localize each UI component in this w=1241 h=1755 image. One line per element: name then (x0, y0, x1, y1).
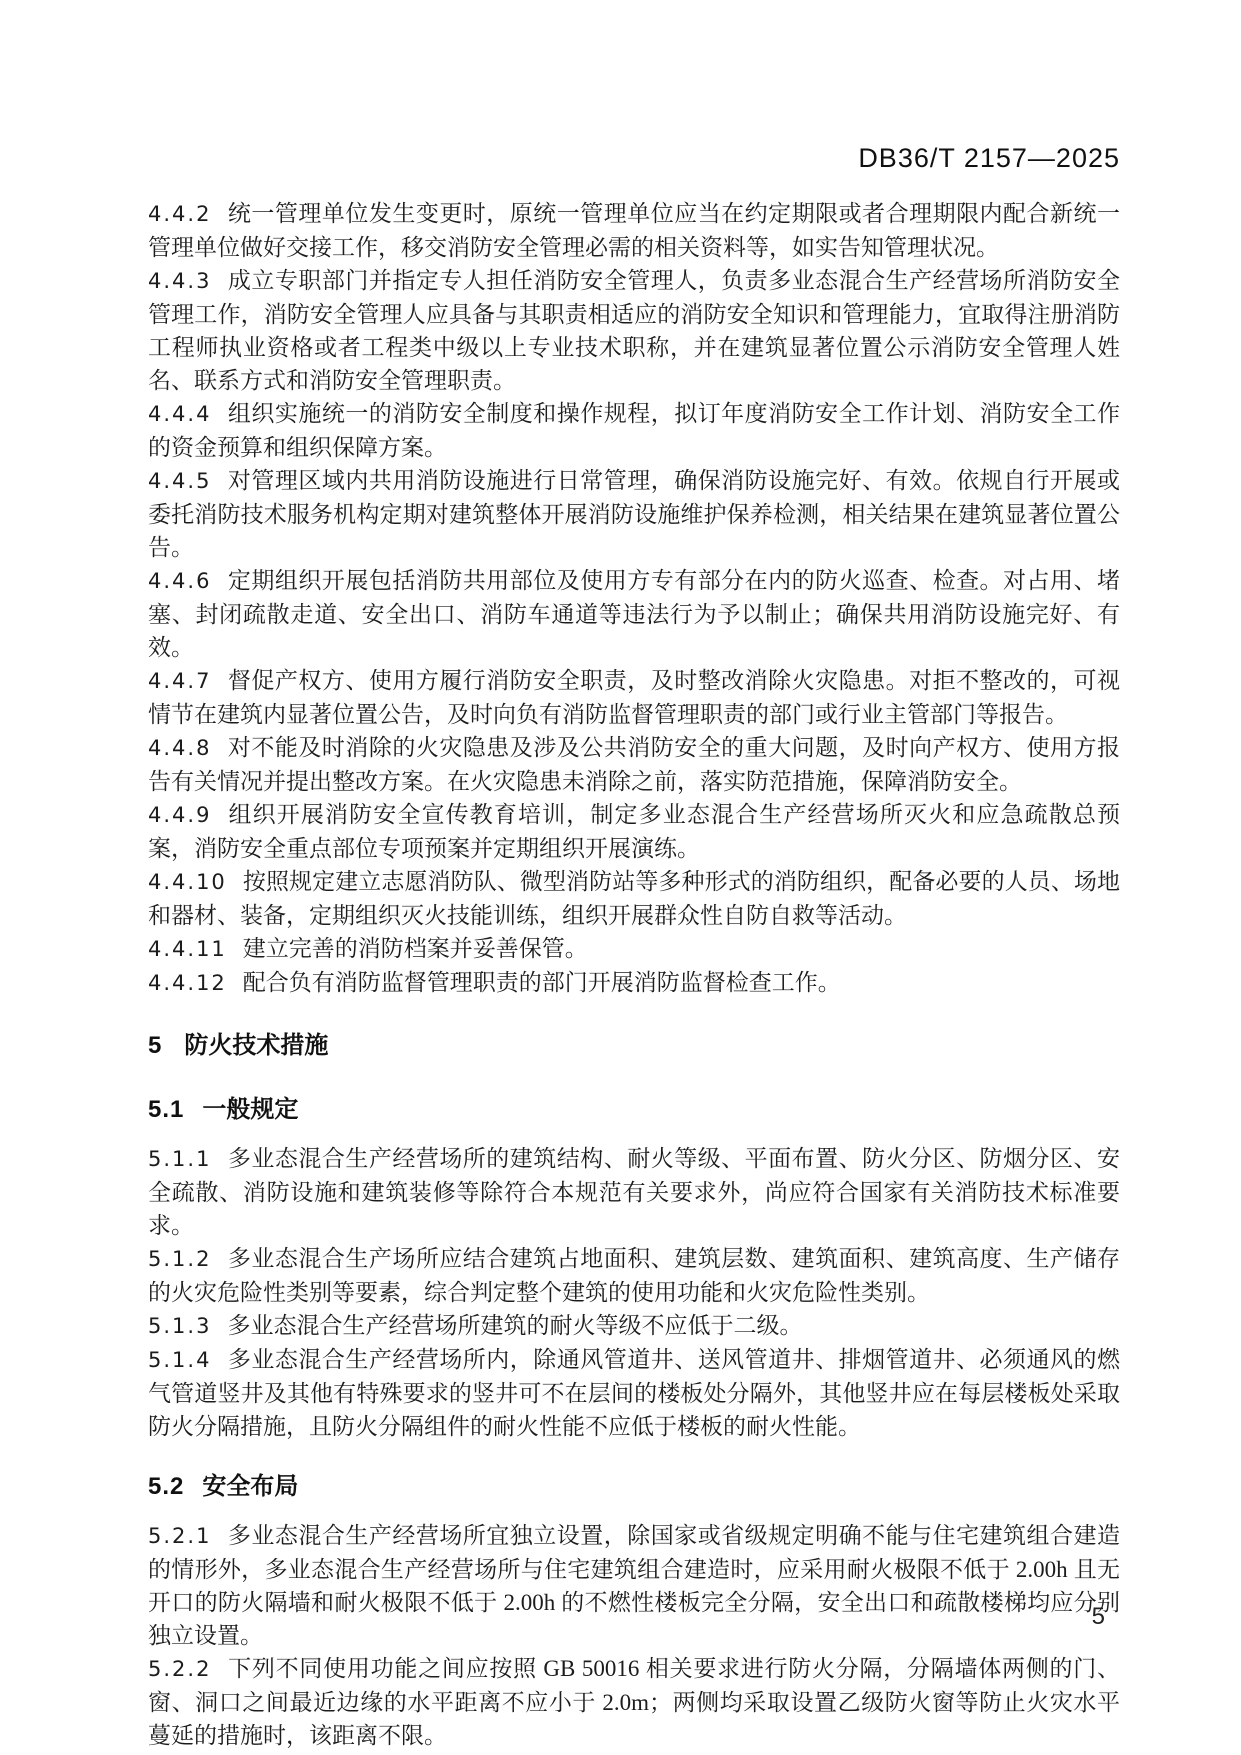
section-number: 5.2 (148, 1473, 202, 1500)
section-title: 防火技术措施 (184, 1032, 328, 1059)
clause-number: 4.4.8 (148, 736, 227, 760)
section-5-heading: 5防火技术措施 (148, 1026, 1120, 1066)
clause-number: 5.2.1 (148, 1524, 227, 1548)
clause-4-4-2: 4.4.2统一管理单位发生变更时，原统一管理单位应当在约定期限或者合理期限内配合… (148, 197, 1120, 264)
clause-4-4-7: 4.4.7督促产权方、使用方履行消防安全职责，及时整改消除火灾隐患。对拒不整改的… (148, 664, 1120, 731)
clause-number: 4.4.7 (148, 669, 227, 693)
clause-5-2-1: 5.2.1多业态混合生产经营场所宜独立设置，除国家或省级规定明确不能与住宅建筑组… (148, 1519, 1120, 1652)
clause-text: 多业态混合生产经营场所的建筑结构、耐火等级、平面布置、防火分区、防烟分区、安全疏… (148, 1146, 1120, 1238)
section-5-2-heading: 5.2安全布局 (148, 1467, 1120, 1507)
clause-number: 5.1.2 (148, 1247, 227, 1271)
document-page: DB36/T 2157—2025 4.4.2统一管理单位发生变更时，原统一管理单… (0, 0, 1241, 1755)
section-number: 5 (148, 1032, 184, 1059)
clause-number: 4.4.12 (148, 971, 243, 995)
section-title: 安全布局 (202, 1473, 298, 1500)
section-number: 5.1 (148, 1096, 202, 1123)
clause-5-1-3: 5.1.3多业态混合生产经营场所建筑的耐火等级不应低于二级。 (148, 1309, 1120, 1343)
clause-text: 按照规定建立志愿消防队、微型消防站等多种形式的消防组织，配备必要的人员、场地和器… (148, 869, 1120, 928)
section-title: 一般规定 (202, 1096, 298, 1123)
clause-number: 4.4.11 (148, 937, 243, 961)
clause-5-2-2: 5.2.2下列不同使用功能之间应按照 GB 50016 相关要求进行防火分隔，分… (148, 1652, 1120, 1752)
clause-text: 多业态混合生产经营场所建筑的耐火等级不应低于二级。 (227, 1313, 802, 1338)
document-body: 4.4.2统一管理单位发生变更时，原统一管理单位应当在约定期限或者合理期限内配合… (148, 197, 1120, 1752)
clause-number: 5.1.1 (148, 1147, 227, 1171)
clause-text: 多业态混合生产场所应结合建筑占地面积、建筑层数、建筑面积、建筑高度、生产储存的火… (148, 1246, 1120, 1305)
clause-text: 建立完善的消防档案并妥善保管。 (243, 936, 588, 961)
clause-text: 统一管理单位发生变更时，原统一管理单位应当在约定期限或者合理期限内配合新统一管理… (148, 201, 1120, 260)
clause-number: 4.4.6 (148, 569, 227, 593)
clause-4-4-6: 4.4.6定期组织开展包括消防共用部位及使用方专有部分在内的防火巡查、检查。对占… (148, 564, 1120, 664)
document-code-header: DB36/T 2157—2025 (148, 143, 1120, 174)
clause-number: 4.4.3 (148, 269, 227, 293)
clause-text: 成立专职部门并指定专人担任消防安全管理人，负责多业态混合生产经营场所消防安全管理… (148, 268, 1120, 393)
clause-4-4-11: 4.4.11建立完善的消防档案并妥善保管。 (148, 932, 1120, 966)
clause-text: 下列不同使用功能之间应按照 GB 50016 相关要求进行防火分隔，分隔墙体两侧… (148, 1656, 1120, 1748)
clause-5-1-4: 5.1.4多业态混合生产经营场所内，除通风管道井、送风管道井、排烟管道井、必须通… (148, 1343, 1120, 1443)
clause-5-1-1: 5.1.1多业态混合生产经营场所的建筑结构、耐火等级、平面布置、防火分区、防烟分… (148, 1142, 1120, 1242)
clause-4-4-12: 4.4.12配合负有消防监督管理职责的部门开展消防监督检查工作。 (148, 966, 1120, 1000)
clause-5-1-2: 5.1.2多业态混合生产场所应结合建筑占地面积、建筑层数、建筑面积、建筑高度、生… (148, 1242, 1120, 1309)
clause-text: 多业态混合生产经营场所内，除通风管道井、送风管道井、排烟管道井、必须通风的燃气管… (148, 1347, 1120, 1439)
clause-number: 4.4.9 (148, 803, 227, 827)
clause-4-4-9: 4.4.9组织开展消防安全宣传教育培训，制定多业态混合生产经营场所灭火和应急疏散… (148, 798, 1120, 865)
clause-text: 组织开展消防安全宣传教育培训，制定多业态混合生产经营场所灭火和应急疏散总预案，消… (148, 802, 1120, 861)
clause-number: 4.4.2 (148, 202, 227, 226)
clause-4-4-8: 4.4.8对不能及时消除的火灾隐患及涉及公共消防安全的重大问题，及时向产权方、使… (148, 731, 1120, 798)
clause-text: 督促产权方、使用方履行消防安全职责，及时整改消除火灾隐患。对拒不整改的，可视情节… (148, 668, 1120, 727)
clause-4-4-3: 4.4.3成立专职部门并指定专人担任消防安全管理人，负责多业态混合生产经营场所消… (148, 264, 1120, 397)
page-number: 5 (148, 1603, 1105, 1631)
clause-number: 5.2.2 (148, 1657, 227, 1681)
clause-text: 定期组织开展包括消防共用部位及使用方专有部分在内的防火巡查、检查。对占用、堵塞、… (148, 568, 1120, 660)
section-5-1-heading: 5.1一般规定 (148, 1090, 1120, 1130)
clause-4-4-10: 4.4.10按照规定建立志愿消防队、微型消防站等多种形式的消防组织，配备必要的人… (148, 865, 1120, 932)
clause-number: 5.1.4 (148, 1348, 227, 1372)
clause-4-4-5: 4.4.5对管理区域内共用消防设施进行日常管理，确保消防设施完好、有效。依规自行… (148, 464, 1120, 564)
clause-number: 4.4.4 (148, 402, 227, 426)
clause-text: 组织实施统一的消防安全制度和操作规程，拟订年度消防安全工作计划、消防安全工作的资… (148, 401, 1120, 460)
clause-4-4-4: 4.4.4组织实施统一的消防安全制度和操作规程，拟订年度消防安全工作计划、消防安… (148, 397, 1120, 464)
clause-text: 配合负有消防监督管理职责的部门开展消防监督检查工作。 (243, 970, 841, 995)
clause-number: 4.4.5 (148, 469, 227, 493)
clause-text: 对管理区域内共用消防设施进行日常管理，确保消防设施完好、有效。依规自行开展或委托… (148, 468, 1120, 560)
clause-text: 对不能及时消除的火灾隐患及涉及公共消防安全的重大问题，及时向产权方、使用方报告有… (148, 735, 1120, 794)
clause-number: 4.4.10 (148, 870, 243, 894)
clause-number: 5.1.3 (148, 1314, 227, 1338)
